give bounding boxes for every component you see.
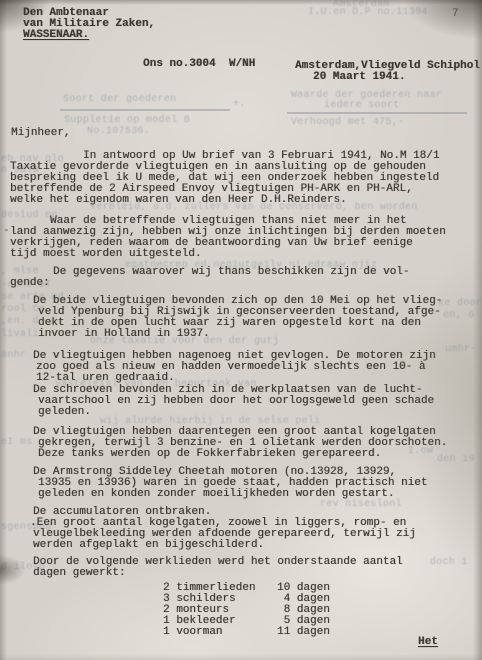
ghost-text: No.107536. (87, 127, 150, 137)
ghost-text: en, 6 (443, 311, 475, 321)
letter-line: tijd moest worden uitgesteld. (10, 249, 201, 260)
ghost-text: ke door (438, 299, 482, 309)
ghost-text: rev niseslonl (320, 500, 402, 510)
ghost-text: , mlse (1, 267, 39, 277)
letter-line: gende: (10, 278, 50, 289)
ghost-text: iedere soort (324, 101, 400, 111)
ink-artifact: - (3, 226, 10, 237)
ghost-underline (287, 112, 467, 114)
ghost-text: Soort der goederen (63, 95, 176, 105)
ghost-text: den 19 (437, 455, 475, 465)
ghost-underline (60, 109, 230, 111)
letter-line: vaartschool en zij hebben door het oorlo… (38, 396, 434, 407)
letter-line: De gegevens waarover wij thans beschikke… (53, 267, 409, 278)
reference-number: Ons no.3004 W/NH (143, 59, 255, 70)
ink-artifact: 7 (452, 9, 459, 20)
ghost-text: anhr (1, 351, 26, 361)
letter-line: geleden en konden zonder moeilijkheden w… (38, 489, 394, 500)
letter-line: geleden. (38, 407, 91, 418)
worker-row-days: 11 dagen (277, 627, 330, 638)
ghost-text: ,en. d (1, 317, 39, 327)
ghost-text: doch 1 (430, 558, 468, 568)
letter-line: Deze tanks werden op de Fokkerfabrieken … (38, 449, 381, 460)
ghost-text: Verhoogd met 475,- (291, 118, 404, 128)
worker-row-label: 1 voorman (163, 627, 222, 638)
catchword: Het (418, 637, 438, 648)
ghost-text: umhr- (445, 345, 477, 355)
recipient-line-city: WASSENAAR. (23, 30, 89, 41)
letter-line: dagen gewerkt: (33, 568, 125, 579)
ghost-text: +. (233, 100, 246, 110)
salutation: Mijnheer, (11, 128, 70, 139)
letter-line: 12-tal uren gedraaid. (36, 373, 175, 384)
ghost-text: eI ms (1, 438, 33, 448)
letter-line: invoer in Holland in 1937. (38, 329, 210, 340)
ghost-text: livali (1, 330, 39, 340)
ghost-text: Suppletie op model B (64, 116, 190, 126)
ghost-text: I.U.en D.P no.11394 (308, 8, 428, 18)
letter-line: welke het eigendom waren van den Heer D.… (10, 195, 347, 206)
letter-line: werden afgeplakt en bijgeschilderd. (33, 540, 264, 551)
date-line: 20 Maart 1941. (313, 72, 405, 83)
scanned-letter-page: Den Ambtenaar van Militaire Zaken, WASSE… (0, 0, 482, 660)
